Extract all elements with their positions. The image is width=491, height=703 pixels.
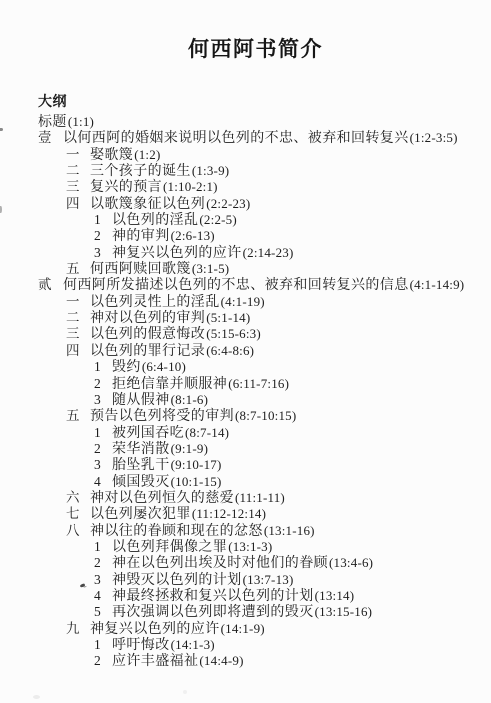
outline-item-reference: (9:1-9) bbox=[170, 441, 209, 457]
outline-item-reference: (11:12-12:14) bbox=[191, 506, 266, 522]
outline-item: 三以色列的假意悔改(5:15-6:3) bbox=[0, 326, 491, 342]
outline-item-text: 被列国吞吃 bbox=[112, 426, 184, 442]
outline-item-reference: (2:2-5) bbox=[198, 212, 237, 228]
outline-item: 1被列国吞吃(8:7-14) bbox=[0, 425, 491, 441]
outline-item-number: 三 bbox=[66, 179, 90, 195]
outline-item: 二三个孩子的诞生(1:3-9) bbox=[0, 163, 491, 179]
outline-item-reference: (10:1-15) bbox=[170, 474, 222, 490]
outline-item-reference: (11:1-11) bbox=[234, 490, 285, 506]
outline-item-reference: (9:10-17) bbox=[170, 457, 222, 473]
outline-item-text: 以色列的罪行记录 bbox=[90, 344, 205, 360]
outline-item-text: 神最终拯救和复兴以色列的计划 bbox=[112, 589, 314, 605]
outline-item-reference: (1:1) bbox=[67, 114, 94, 130]
outline-item-reference: (1:2-3:5) bbox=[409, 130, 458, 146]
outline-item-number: 1 bbox=[94, 359, 112, 375]
outline-item-reference: (1:2) bbox=[133, 147, 160, 163]
outline-item-text: 以色列的假意悔改 bbox=[90, 327, 205, 343]
outline-item-number: 五 bbox=[66, 261, 90, 277]
outline-item-text: 荣华消散 bbox=[112, 442, 170, 458]
outline-item-number: 二 bbox=[66, 163, 90, 179]
outline-item-number: 2 bbox=[94, 441, 112, 457]
outline-item: 1以色列的淫乱(2:2-5) bbox=[0, 212, 491, 228]
outline-item: 七以色列屡次犯罪(11:12-12:14) bbox=[0, 506, 491, 522]
outline-item: 四以色列的罪行记录(6:4-8:6) bbox=[0, 343, 491, 359]
outline-item-text: 拒绝信靠并顺服神 bbox=[112, 377, 227, 393]
outline-item-reference: (8:1-6) bbox=[170, 392, 209, 408]
outline-item-number: 3 bbox=[94, 392, 112, 408]
outline-item-text: 神对以色列恒久的慈爱 bbox=[90, 491, 234, 507]
outline-item: 3神毁灭以色列的计划(13:7-13) bbox=[0, 572, 491, 588]
outline-item: 1以色列拜偶像之罪(13:1-3) bbox=[0, 539, 491, 555]
outline-item-reference: (1:3-9) bbox=[191, 163, 230, 179]
outline-item-number: 三 bbox=[66, 326, 90, 342]
outline-item-number: 壹 bbox=[38, 130, 63, 146]
outline-item-text: 神复兴以色列的应许 bbox=[112, 246, 242, 262]
outline-item-number: 一 bbox=[66, 147, 90, 163]
outline-item: 五预告以色列将受的审判(8:7-10:15) bbox=[0, 408, 491, 424]
outline-item-number: 七 bbox=[66, 506, 90, 522]
outline-item: 2神的审判(2:6-13) bbox=[0, 228, 491, 244]
outline-item-number: 四 bbox=[66, 343, 90, 359]
outline-list: 标题(1:1)壹以何西阿的婚姻来说明以色列的不忠、被弃和回转复兴(1:2-3:5… bbox=[0, 114, 491, 670]
outline-item-number: 1 bbox=[94, 425, 112, 441]
outline-item-text: 倾国毁灭 bbox=[112, 475, 170, 491]
outline-item-text: 神以往的眷顾和现在的忿怒 bbox=[90, 524, 263, 540]
page-title: 何西阿书简介 bbox=[10, 0, 491, 63]
outline-item: 1呼吁悔改(14:1-3) bbox=[0, 637, 491, 653]
outline-item: 三复兴的预言(1:10-2:1) bbox=[0, 179, 491, 195]
outline-item-text: 呼吁悔改 bbox=[112, 638, 170, 654]
outline-item-reference: (6:11-7:16) bbox=[227, 376, 289, 392]
outline-item-number: 3 bbox=[94, 245, 112, 261]
outline-item: 1毁约(6:4-10) bbox=[0, 359, 491, 375]
outline-item: 3随从假神(8:1-6) bbox=[0, 392, 491, 408]
outline-item: 5再次强调以色列即将遭到的毁灭(13:15-16) bbox=[0, 604, 491, 620]
outline-item-reference: (3:1-5) bbox=[191, 261, 230, 277]
outline-item-text: 毁约 bbox=[112, 360, 141, 376]
outline-item-number: 1 bbox=[94, 212, 112, 228]
outline-item-number: 贰 bbox=[38, 277, 63, 293]
outline-item-text: 以何西阿的婚姻来说明以色列的不忠、被弃和回转复兴 bbox=[63, 131, 409, 147]
outline-heading: 大纲 bbox=[38, 91, 491, 111]
outline-item-reference: (5:15-6:3) bbox=[205, 326, 261, 342]
outline-item-reference: (14:4-9) bbox=[198, 653, 243, 669]
outline-item-text: 以色列屡次犯罪 bbox=[90, 507, 191, 523]
outline-item-text: 娶歌篾 bbox=[90, 148, 133, 164]
outline-item-number: 2 bbox=[94, 228, 112, 244]
outline-item-number: 一 bbox=[66, 294, 90, 310]
outline-item: 四以歌篾象征以色列(2:2-23) bbox=[0, 196, 491, 212]
outline-item-text: 复兴的预言 bbox=[90, 180, 162, 196]
outline-item-text: 再次强调以色列即将遭到的毁灭 bbox=[112, 605, 314, 621]
outline-item-reference: (8:7-10:15) bbox=[234, 408, 296, 424]
outline-item-text: 神毁灭以色列的计划 bbox=[112, 573, 242, 589]
outline-item-reference: (6:4-10) bbox=[141, 359, 186, 375]
outline-item-reference: (13:7-13) bbox=[242, 572, 294, 588]
outline-item-reference: (13:14) bbox=[314, 588, 355, 604]
outline-item-reference: (4:1-14:9) bbox=[409, 277, 465, 293]
scanned-document-page: 何西阿书简介 大纲 标题(1:1)壹以何西阿的婚姻来说明以色列的不忠、被弃和回转… bbox=[0, 0, 491, 703]
scan-speck bbox=[33, 695, 40, 699]
outline-item-reference: (8:7-14) bbox=[184, 425, 229, 441]
outline-item: 3胎坠乳干(9:10-17) bbox=[0, 457, 491, 473]
outline-item: 贰何西阿所发描述以色列的不忠、被弃和回转复兴的信息(4:1-14:9) bbox=[0, 277, 491, 293]
outline-item-reference: (6:4-8:6) bbox=[205, 343, 254, 359]
outline-item: 一娶歌篾(1:2) bbox=[0, 147, 491, 163]
outline-item-text: 神在以色列出埃及时对他们的眷顾 bbox=[112, 556, 328, 572]
outline-item-text: 以色列灵性上的淫乱 bbox=[90, 295, 220, 311]
outline-item: 4神最终拯救和复兴以色列的计划(13:14) bbox=[0, 588, 491, 604]
outline-item-number: 2 bbox=[94, 653, 112, 669]
outline-item: 4倾国毁灭(10:1-15) bbox=[0, 474, 491, 490]
outline-item-number: 3 bbox=[94, 457, 112, 473]
outline-item-number: 五 bbox=[66, 408, 90, 424]
outline-item-text: 神复兴以色列的应许 bbox=[90, 622, 220, 638]
outline-item: 一以色列灵性上的淫乱(4:1-19) bbox=[0, 294, 491, 310]
outline-item-number: 2 bbox=[94, 555, 112, 571]
outline-item-number: 八 bbox=[66, 523, 90, 539]
outline-item-text: 应许丰盛福祉 bbox=[112, 654, 198, 670]
outline-item-text: 三个孩子的诞生 bbox=[90, 164, 191, 180]
outline-item-text: 何西阿所发描述以色列的不忠、被弃和回转复兴的信息 bbox=[63, 278, 409, 294]
outline-item-text: 神对以色列的审判 bbox=[90, 311, 205, 327]
outline-item-number: 四 bbox=[66, 196, 90, 212]
outline-item: 3神复兴以色列的应许(2:14-23) bbox=[0, 245, 491, 261]
outline-item-number: 2 bbox=[94, 376, 112, 392]
outline-item-reference: (5:1-14) bbox=[205, 310, 250, 326]
outline-item: 壹以何西阿的婚姻来说明以色列的不忠、被弃和回转复兴(1:2-3:5) bbox=[0, 130, 491, 146]
outline-item: 2荣华消散(9:1-9) bbox=[0, 441, 491, 457]
outline-item-number: 4 bbox=[94, 474, 112, 490]
outline-item-number: 4 bbox=[94, 588, 112, 604]
outline-item-reference: (2:14-23) bbox=[242, 245, 294, 261]
outline-item-text: 以色列的淫乱 bbox=[112, 213, 198, 229]
outline-item: 二神对以色列的审判(5:1-14) bbox=[0, 310, 491, 326]
outline-item-text: 以歌篾象征以色列 bbox=[90, 197, 205, 213]
outline-item-text: 标题 bbox=[38, 115, 67, 131]
outline-item: 六神对以色列恒久的慈爱(11:1-11) bbox=[0, 490, 491, 506]
outline-item-reference: (1:10-2:1) bbox=[162, 179, 218, 195]
outline-item-reference: (13:1-16) bbox=[263, 523, 315, 539]
outline-item-reference: (13:4-6) bbox=[328, 555, 373, 571]
outline-item-text: 预告以色列将受的审判 bbox=[90, 409, 234, 425]
outline-item: 2神在以色列出埃及时对他们的眷顾(13:4-6) bbox=[0, 555, 491, 571]
outline-item-number: 二 bbox=[66, 310, 90, 326]
outline-item-reference: (14:1-9) bbox=[220, 621, 265, 637]
outline-item: 五何西阿赎回歌篾(3:1-5) bbox=[0, 261, 491, 277]
outline-item: 九神复兴以色列的应许(14:1-9) bbox=[0, 621, 491, 637]
outline-item-text: 以色列拜偶像之罪 bbox=[112, 540, 227, 556]
outline-item-text: 胎坠乳干 bbox=[112, 458, 170, 474]
outline-item-number: 六 bbox=[66, 490, 90, 506]
outline-item-number: 5 bbox=[94, 604, 112, 620]
outline-item-reference: (13:1-3) bbox=[227, 539, 272, 555]
outline-item: 标题(1:1) bbox=[0, 114, 491, 130]
outline-item-reference: (13:15-16) bbox=[314, 604, 373, 620]
outline-item-reference: (4:1-19) bbox=[220, 294, 265, 310]
outline-item-reference: (2:6-13) bbox=[170, 228, 215, 244]
outline-item-text: 神的审判 bbox=[112, 229, 170, 245]
outline-item: 八神以往的眷顾和现在的忿怒(13:1-16) bbox=[0, 523, 491, 539]
outline-item-text: 何西阿赎回歌篾 bbox=[90, 262, 191, 278]
outline-item-number: 1 bbox=[94, 637, 112, 653]
outline-item-reference: (2:2-23) bbox=[205, 196, 250, 212]
outline-item: 2拒绝信靠并顺服神(6:11-7:16) bbox=[0, 376, 491, 392]
outline-item-number: 九 bbox=[66, 621, 90, 637]
outline-item-number: 1 bbox=[94, 539, 112, 555]
outline-item-number: 3 bbox=[94, 572, 112, 588]
scan-speck bbox=[183, 690, 187, 694]
outline-item: 2应许丰盛福祉(14:4-9) bbox=[0, 653, 491, 669]
outline-item-text: 随从假神 bbox=[112, 393, 170, 409]
outline-item-reference: (14:1-3) bbox=[170, 637, 215, 653]
